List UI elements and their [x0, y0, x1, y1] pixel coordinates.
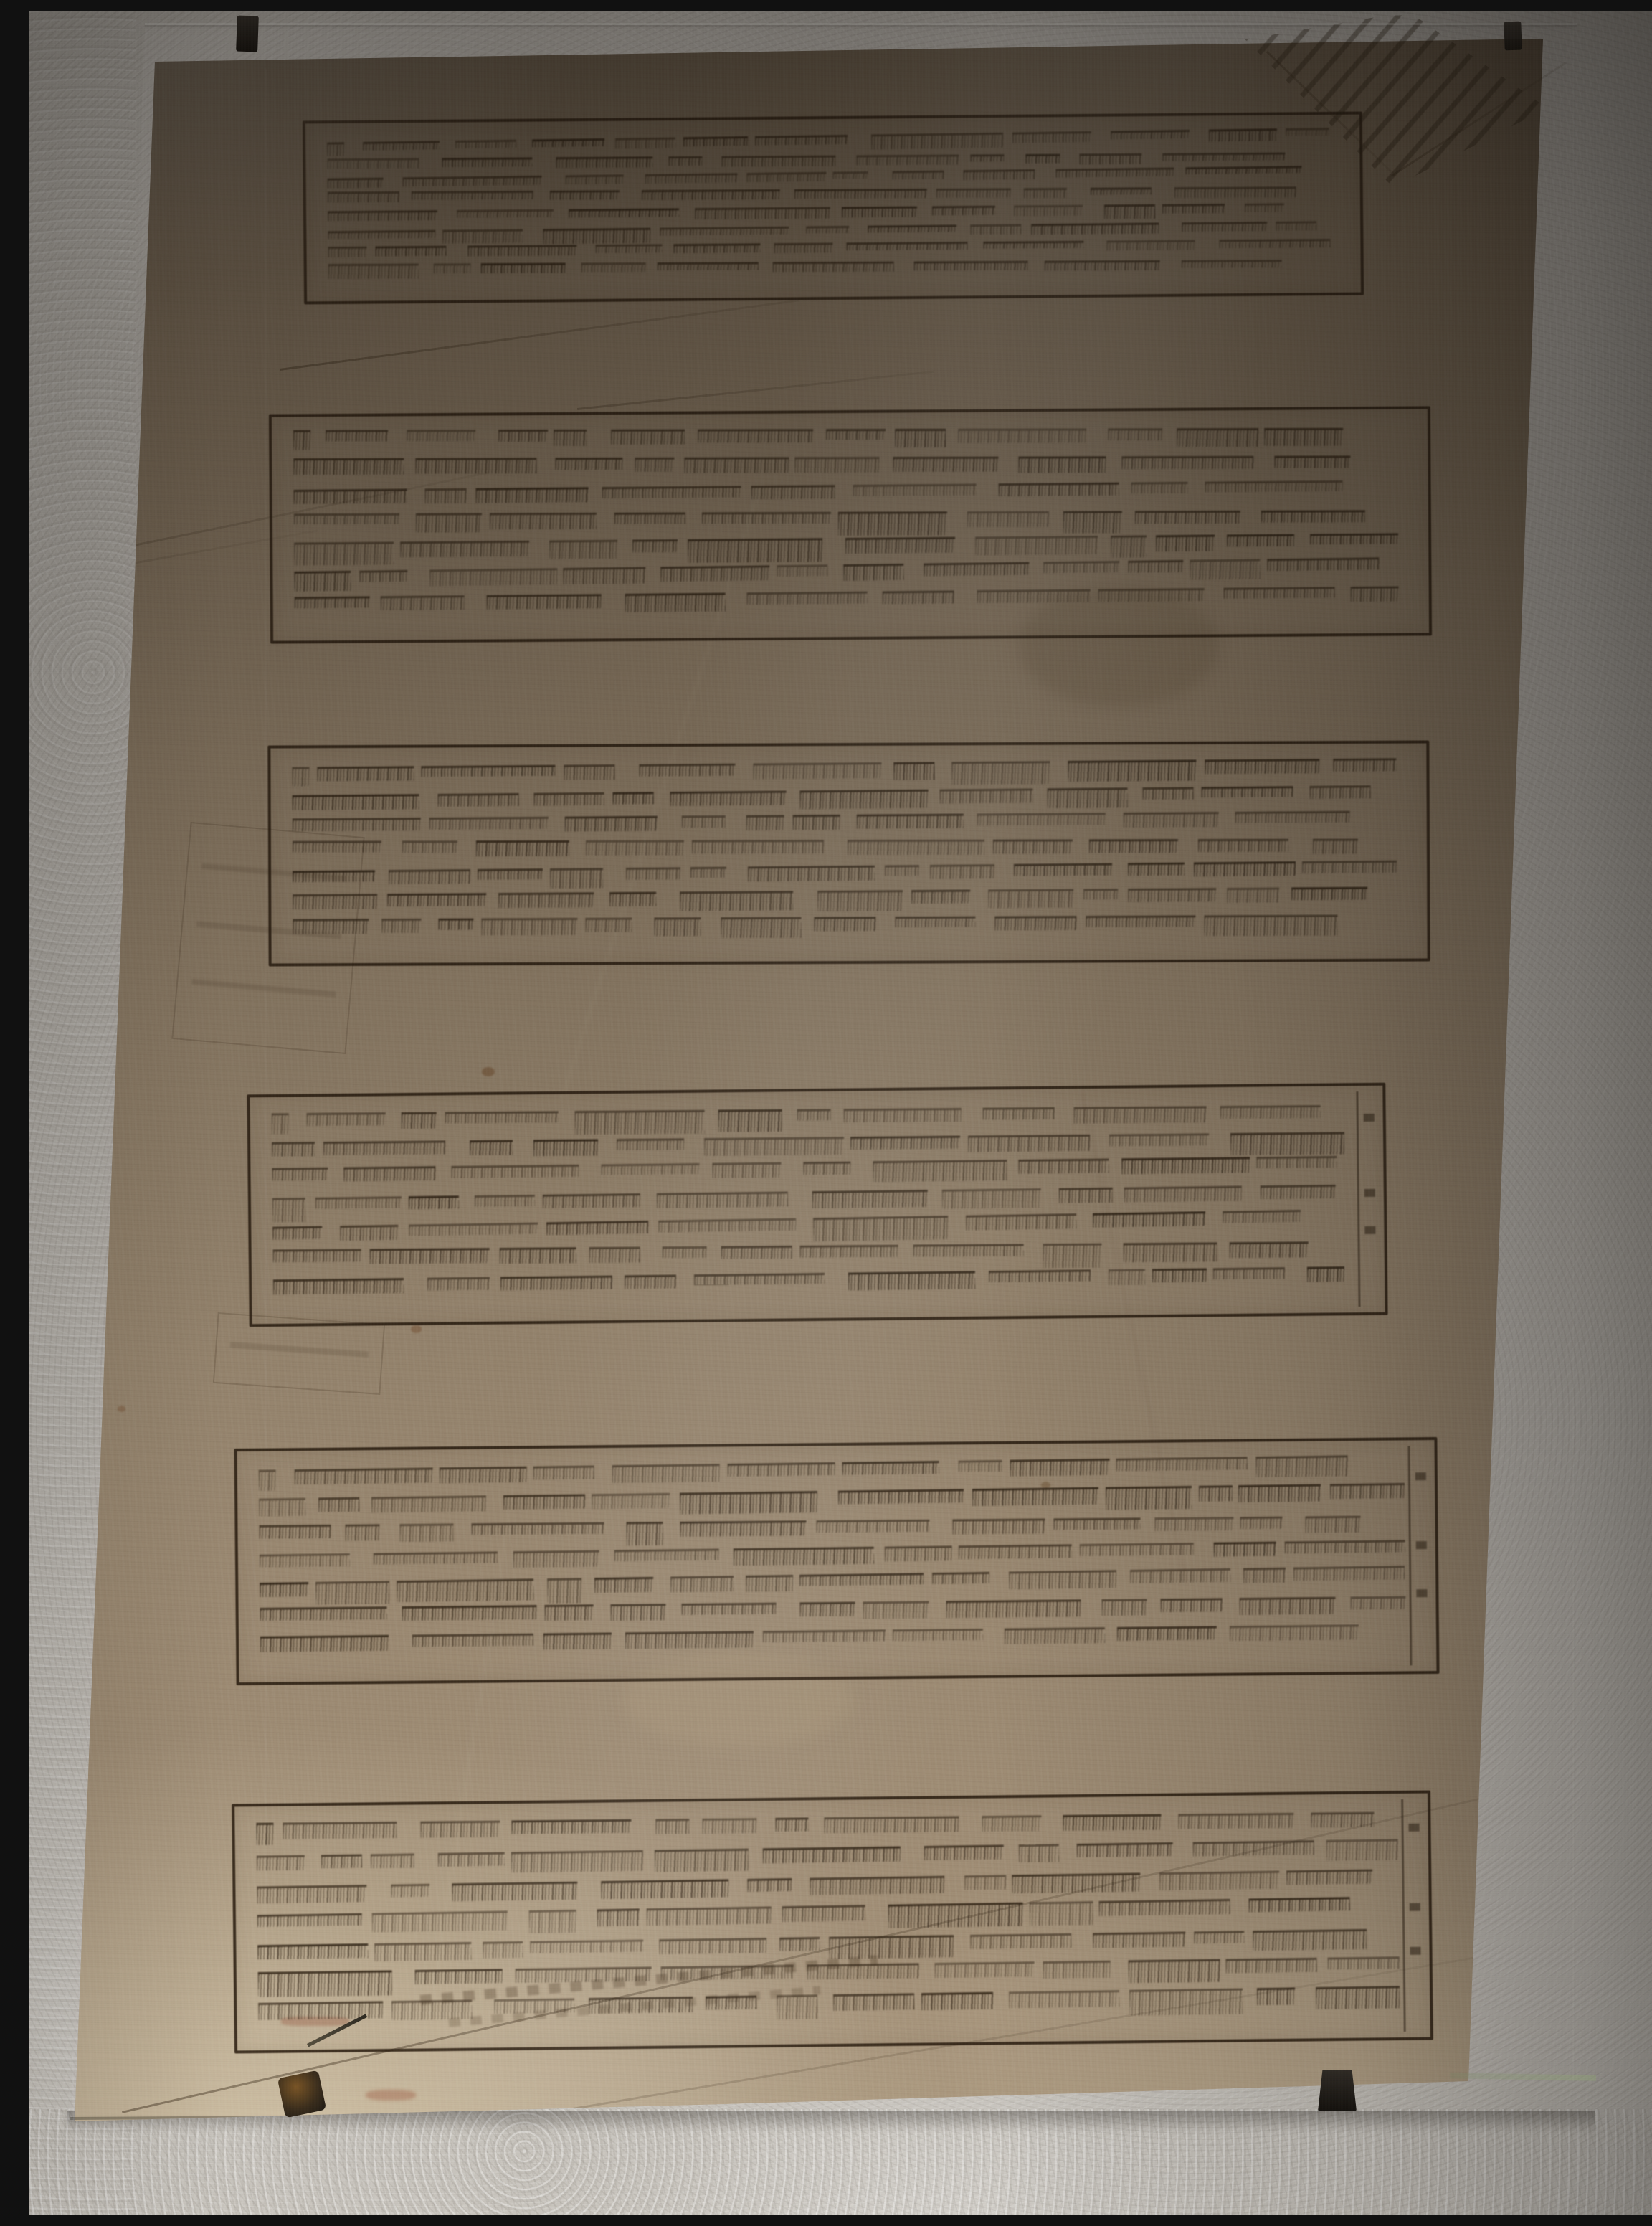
- glass-pane: [29, 11, 1652, 2215]
- mounting-clip-bottom-left: [277, 2070, 326, 2118]
- glass-right-edge: [1572, 17, 1574, 2085]
- mounting-clip-top-left: [236, 15, 259, 52]
- mounting-clip-bottom-right: [1318, 2070, 1357, 2111]
- photo-of-framed-manuscripts: Six Tibetan woodblock-printed manuscript…: [29, 11, 1652, 2215]
- mounting-clip-top-right: [1504, 22, 1522, 51]
- glass-top-edge: [68, 23, 1582, 25]
- glass-reflection: [29, 11, 1652, 2215]
